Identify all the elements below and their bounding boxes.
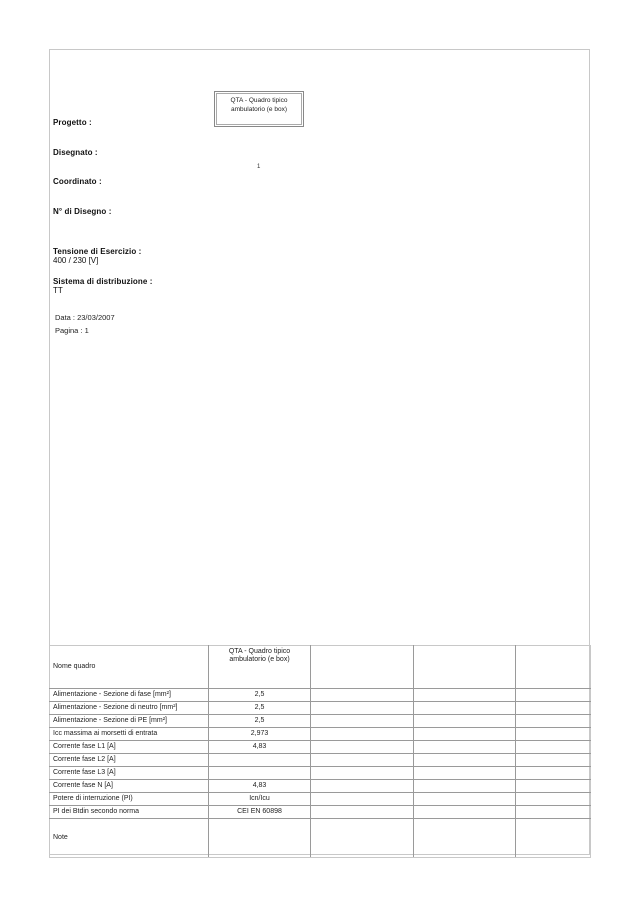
row-value [516,741,591,754]
row-label: PI dei Btdin secondo norma [50,806,209,819]
progetto-label: Progetto : [53,118,92,127]
disegnato-label: Disegnato : [53,148,98,157]
row-label: Corrente fase N [A] [50,780,209,793]
header-column [516,646,591,689]
numero-disegno-label: N° di Disegno : [53,207,111,216]
note-value [311,819,414,858]
row-value [414,767,516,780]
row-label: Icc massima ai morsetti di entrata [50,728,209,741]
table-row: Alimentazione - Sezione di PE [mm²] 2,5 [50,715,591,728]
note-value [414,819,516,858]
row-value [209,754,311,767]
header-label: Nome quadro [50,646,209,689]
table-row: PI dei Btdin secondo norma CEI EN 60898 [50,806,591,819]
note-value [516,819,591,858]
row-value [516,702,591,715]
header-column: QTA - Quadro tipico ambulatorio (e box) [209,646,311,689]
note-label: Note [50,819,209,858]
row-value [311,702,414,715]
title-box: QTA - Quadro tipico ambulatorio (e box) [214,91,304,127]
row-value: 2,5 [209,689,311,702]
table-row: Icc massima ai morsetti di entrata 2,973 [50,728,591,741]
table-header-row: Nome quadro QTA - Quadro tipico ambulato… [50,646,591,689]
row-label: Alimentazione - Sezione di fase [mm²] [50,689,209,702]
table-row: Corrente fase N [A] 4,83 [50,780,591,793]
row-value [311,806,414,819]
row-value [516,754,591,767]
row-value: 2,5 [209,715,311,728]
row-value: Icn/Icu [209,793,311,806]
tensione-value: 400 / 230 [V] [53,256,98,265]
row-value [414,741,516,754]
row-value [414,793,516,806]
row-label: Alimentazione - Sezione di PE [mm²] [50,715,209,728]
row-value [209,767,311,780]
row-value [311,715,414,728]
row-value [414,754,516,767]
row-value [516,793,591,806]
table-row: Alimentazione - Sezione di fase [mm²] 2,… [50,689,591,702]
row-value [414,728,516,741]
row-value: 2,973 [209,728,311,741]
row-value [311,741,414,754]
row-value [311,780,414,793]
row-value [516,728,591,741]
coordinato-label: Coordinato : [53,177,102,186]
row-value [311,767,414,780]
note-row: Note [50,819,591,858]
sistema-distribuzione-label: Sistema di distribuzione : [53,277,153,286]
header-column [414,646,516,689]
row-value [516,767,591,780]
row-value: 2,5 [209,702,311,715]
row-value [311,728,414,741]
row-label: Corrente fase L3 [A] [50,767,209,780]
table-row: Corrente fase L2 [A] [50,754,591,767]
sistema-distribuzione-value: TT [53,286,63,295]
page-text: Pagina : 1 [55,326,89,335]
row-value: 4,83 [209,780,311,793]
table-row: Corrente fase L1 [A] 4,83 [50,741,591,754]
table-row: Corrente fase L3 [A] [50,767,591,780]
row-label: Corrente fase L2 [A] [50,754,209,767]
row-value [414,780,516,793]
date-text: Data : 23/03/2007 [55,313,115,322]
row-value [414,702,516,715]
panel-data-table: Nome quadro QTA - Quadro tipico ambulato… [49,645,591,858]
row-value: 4,83 [209,741,311,754]
title-box-text: QTA - Quadro tipico ambulatorio (e box) [216,93,302,125]
header-column [311,646,414,689]
row-value [516,806,591,819]
row-value [516,689,591,702]
row-value [311,754,414,767]
row-label: Corrente fase L1 [A] [50,741,209,754]
table-row: Alimentazione - Sezione di neutro [mm²] … [50,702,591,715]
note-value [209,819,311,858]
row-value [311,689,414,702]
row-value [311,793,414,806]
tensione-label: Tensione di Esercizio : [53,247,141,256]
row-label: Alimentazione - Sezione di neutro [mm²] [50,702,209,715]
row-value [414,806,516,819]
row-value: CEI EN 60898 [209,806,311,819]
row-value [516,780,591,793]
row-value [414,715,516,728]
table-row: Potere di interruzione (PI) Icn/Icu [50,793,591,806]
sheet-number: 1 [257,164,260,170]
row-value [414,689,516,702]
row-label: Potere di interruzione (PI) [50,793,209,806]
row-value [516,715,591,728]
